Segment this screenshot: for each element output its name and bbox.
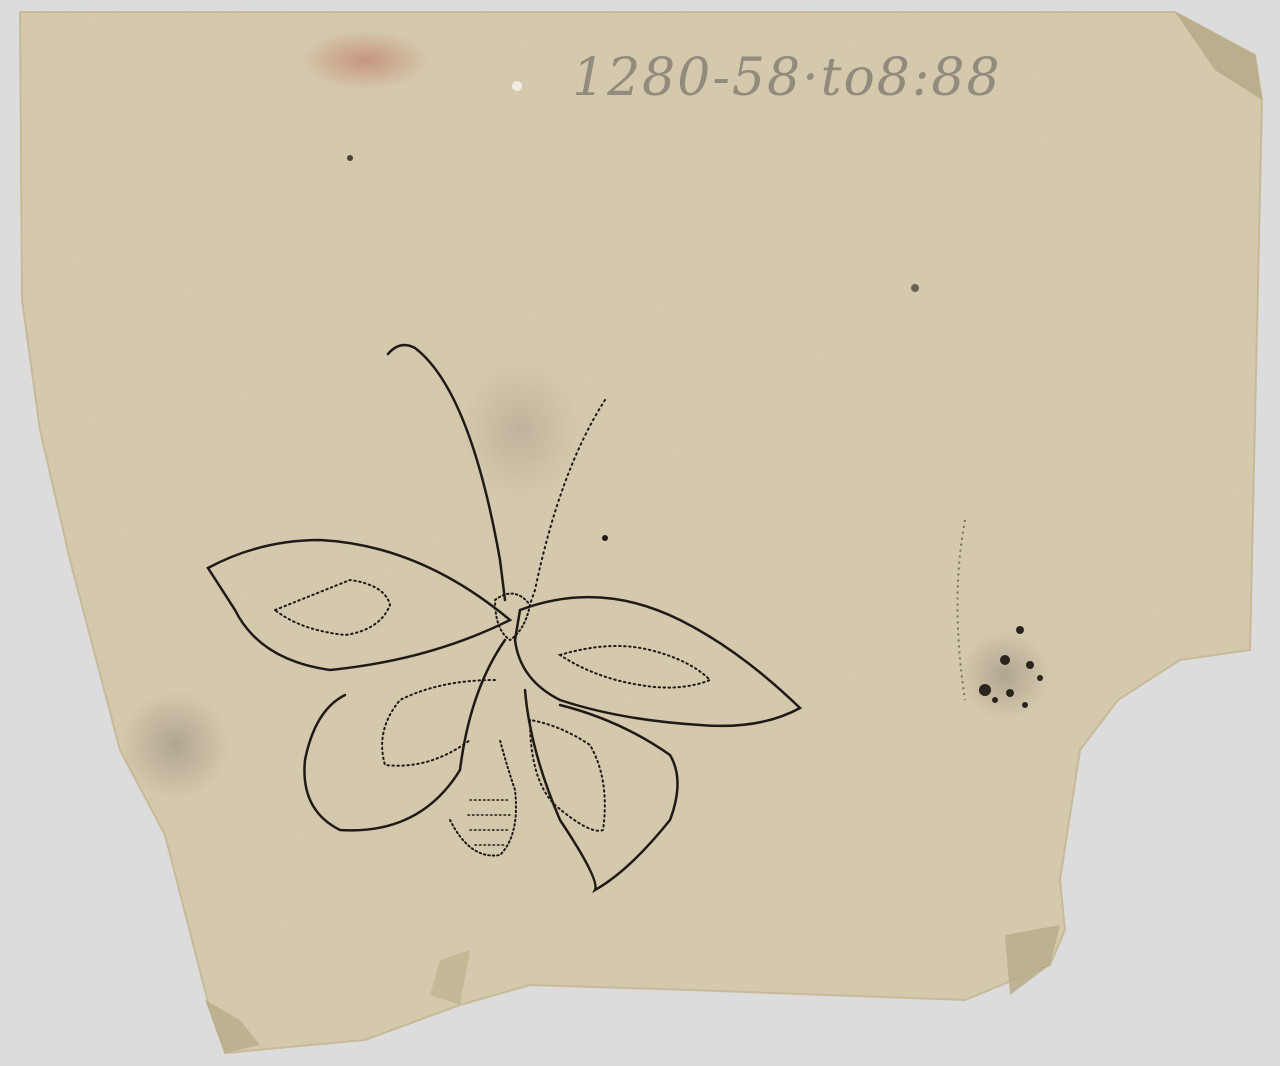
smudge-left [120, 690, 230, 800]
red-stain [300, 30, 430, 90]
mirrored-pencil-inscription: 1280-58·to8:88 [572, 48, 1002, 108]
smudge-right [960, 630, 1050, 720]
photo-stage: 1280-58·to8:88 [0, 0, 1280, 1066]
paper-fragment-image [0, 0, 1280, 1066]
